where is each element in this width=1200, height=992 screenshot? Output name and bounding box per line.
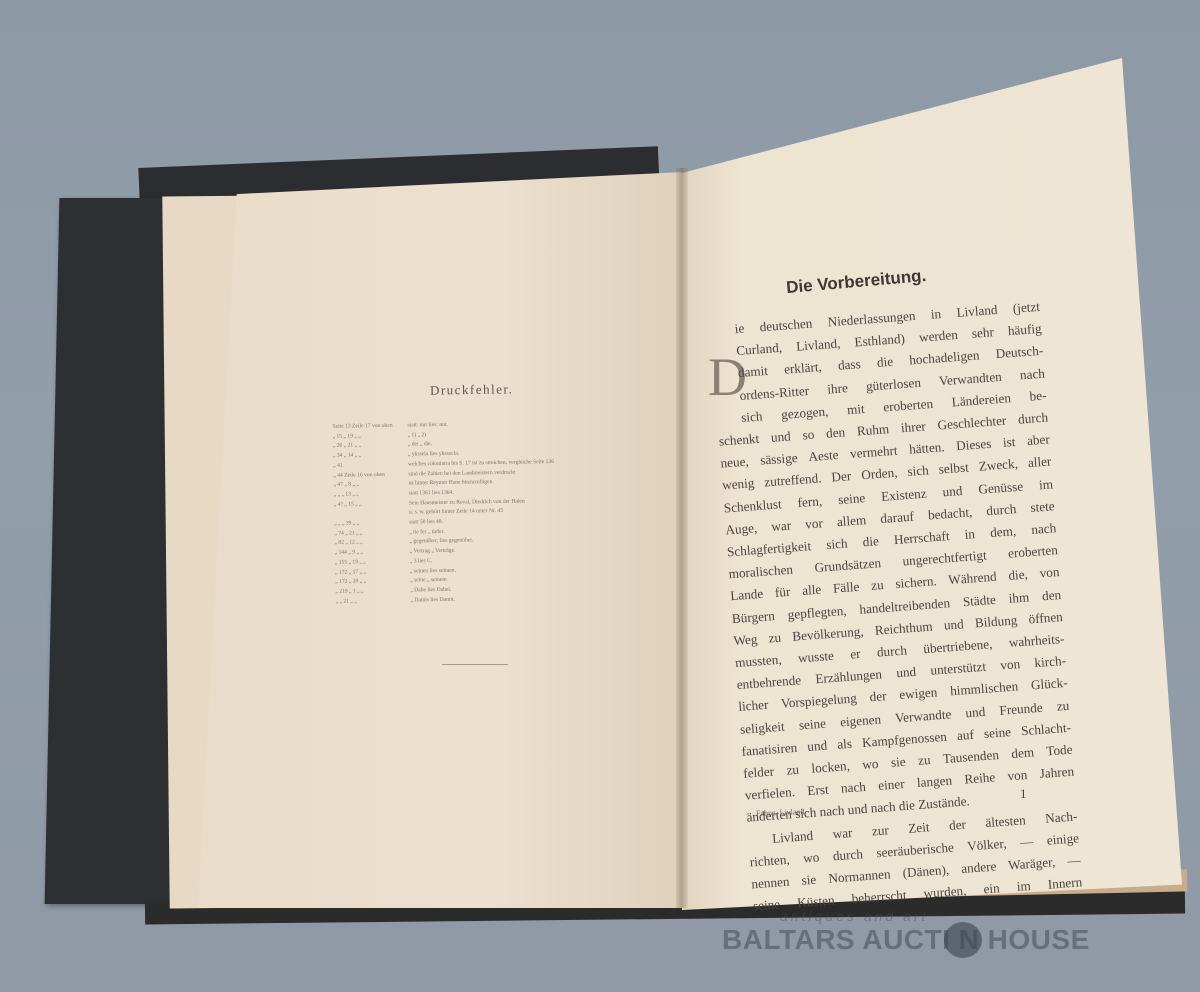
errata-correction: u. s. w. gehört hinter Zeile 14 unter Nr… xyxy=(409,507,503,518)
errata-title: Druckfehler. xyxy=(430,381,514,398)
errata-correction: „ tie fer „ tiefer. xyxy=(409,528,444,538)
watermark-logo-icon xyxy=(944,922,982,958)
errata-reference: „ „ 21 „ „ xyxy=(335,596,410,607)
errata-correction: „ Damis lies Damit. xyxy=(410,595,455,605)
page-number: 1 xyxy=(1020,786,1027,802)
errata-correction: „ 3 lies C. xyxy=(410,557,433,567)
watermark-tagline: antiques and art xyxy=(780,908,928,924)
errata-correction: statt: nur lies: nur. xyxy=(407,421,448,431)
errata-correction: „ dei „ die. xyxy=(408,440,432,450)
errata-correction: „ Vertrag „ Verträge. xyxy=(410,547,456,558)
errata-correction: statt 50 lies 48. xyxy=(409,518,443,528)
signature-mark: Fahne, Livland. xyxy=(756,807,807,818)
chapter-body-text: ie deutschen Niederlassungen in Livland … xyxy=(710,296,1083,918)
watermark-text: BALTARS AUCTI N HOUSE xyxy=(722,924,1090,956)
errata-list: Seite 13 Zeile 17 von obenstatt: nur lie… xyxy=(332,417,655,607)
errata-correction: „ gegenüber; lies gegenüber. xyxy=(409,537,473,548)
errata-correction: „ 1) „ 2) xyxy=(408,431,427,441)
book-gutter xyxy=(676,168,688,908)
errata-divider xyxy=(442,664,508,665)
errata-correction: „ seine „ seinem xyxy=(410,576,447,586)
errata-correction: „ seinen lies seinem. xyxy=(410,566,456,577)
